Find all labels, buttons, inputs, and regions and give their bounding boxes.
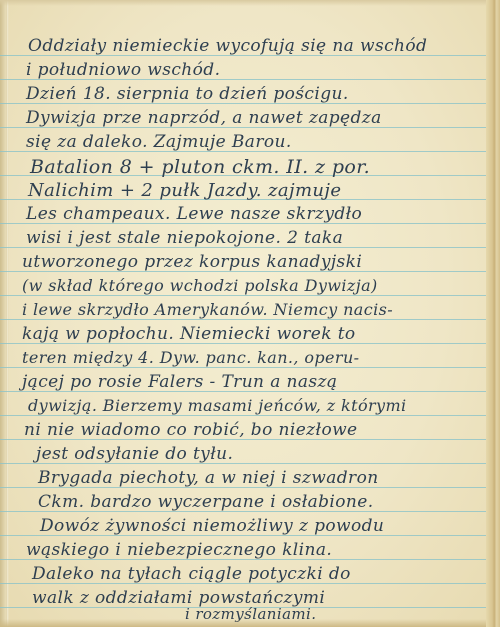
text-line: jest odsyłanie do tyłu.	[36, 444, 233, 464]
page-stack-edge	[486, 0, 500, 627]
text-line: Dywizja prze naprzód, a nawet zapędza	[26, 108, 382, 128]
text-line: i lewe skrzydło Amerykanów. Niemcy nacis…	[22, 300, 393, 319]
text-line: Oddziały niemieckie wycofują się na wsch…	[28, 36, 427, 56]
notebook-page: Oddziały niemieckie wycofują się na wsch…	[0, 0, 500, 627]
text-line: dywizją. Bierzemy masami jeńców, z który…	[28, 396, 407, 415]
text-line: jącej po rosie Falers - Trun a naszą	[22, 372, 337, 392]
page-bottom-edge	[0, 619, 500, 627]
text-line: Batalion 8 + pluton ckm. II. z por.	[30, 156, 370, 178]
text-line: utworzonego przez korpus kanadyjski	[22, 252, 362, 272]
text-line: ni nie wiadomo co robić, bo niezłowe	[24, 420, 358, 440]
text-line: teren między 4. Dyw. panc. kan., operu-	[22, 348, 359, 367]
text-line: Nalichim + 2 pułk Jazdy. zajmuje	[28, 180, 341, 201]
text-line: wisi i jest stale niepokojone. 2 taka	[26, 228, 343, 248]
ruled-line	[0, 319, 486, 320]
text-line: kają w popłochu. Niemiecki worek to	[22, 324, 356, 344]
text-line: Ckm. bardzo wyczerpane i osłabione.	[38, 492, 374, 512]
text-line: się za daleko. Zajmuje Barou.	[26, 132, 292, 152]
page-top-edge	[0, 0, 500, 6]
text-line: (w skład którego wchodzi polska Dywizja)	[22, 276, 378, 295]
text-line: Daleko na tyłach ciągle potyczki do	[32, 564, 351, 584]
ruled-line	[0, 295, 486, 296]
text-line: Dzień 18. sierpnia to dzień pościgu.	[26, 84, 349, 104]
text-line: wąskiego i niebezpiecznego klina.	[26, 540, 332, 560]
ruled-line	[0, 367, 486, 368]
text-line: Dowóz żywności niemożliwy z powodu	[40, 516, 384, 536]
text-line: i południowo wschód.	[26, 60, 220, 80]
text-line: Les champeaux. Lewe nasze skrzydło	[26, 204, 362, 224]
text-line: Brygada piechoty, a w niej i szwadron	[38, 468, 379, 488]
ruled-line	[0, 415, 486, 416]
binding-margin	[6, 0, 9, 627]
